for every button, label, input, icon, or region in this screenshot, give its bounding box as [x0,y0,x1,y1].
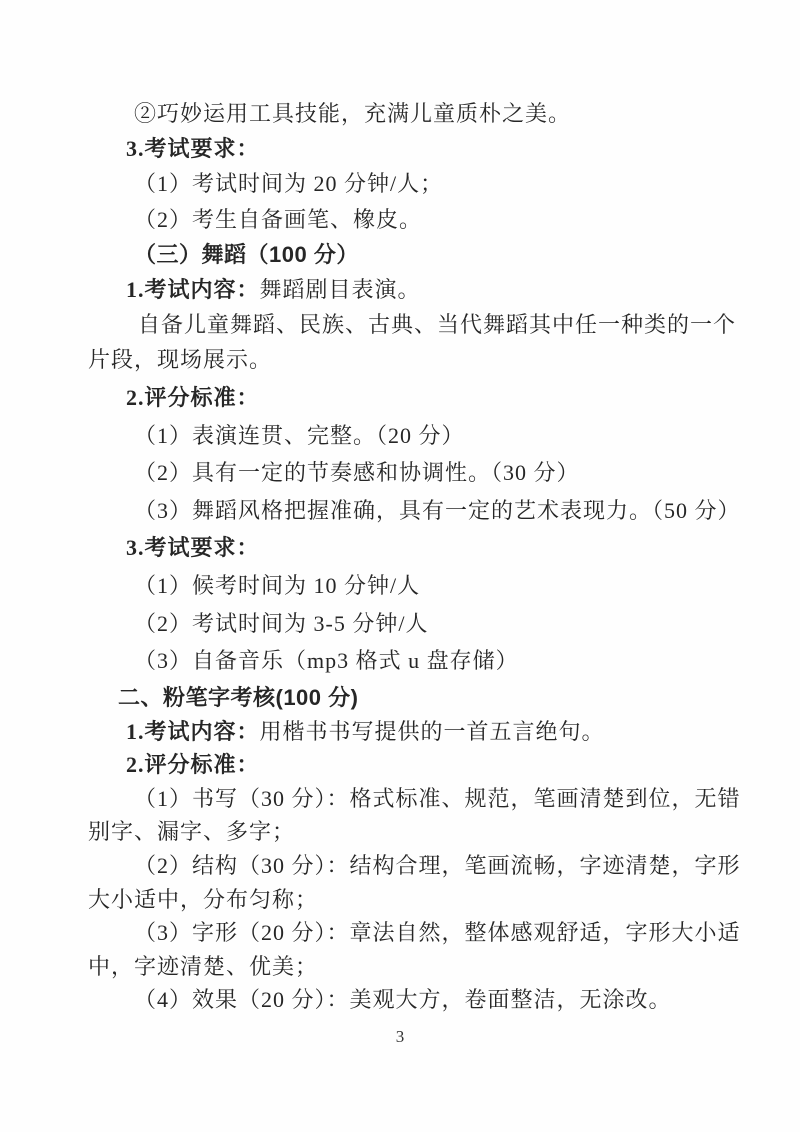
section-heading-exam-requirements: 3.考试要求： [88,529,728,567]
list-item: （2）结构（30 分）：结构合理，笔画流畅，字迹清楚，字形 [88,849,728,883]
section-heading-scoring-criteria: 2.评分标准： [88,748,728,782]
section-heading-exam-requirements: 3.考试要求： [88,131,728,166]
list-item: （2）具有一定的节奏感和协调性。（30 分） [88,454,728,492]
text-block-bottom: 二、粉笔字考核(100 分) 1.考试内容：用楷书书写提供的一首五言绝句。 2.… [88,681,728,1017]
paragraph-line: 片段，现场展示。 [88,342,728,377]
list-item-continuation: 大小适中，分布匀称； [88,883,728,917]
list-item: （3）字形（20 分）：章法自然，整体感观舒适，字形大小适 [88,916,728,950]
list-item: （3）自备音乐（mp3 格式 u 盘存储） [88,642,728,680]
heading-label: 1.考试内容： [126,277,260,302]
list-item: （1）表演连贯、完整。（20 分） [88,417,728,455]
section-heading-dance: （三）舞蹈（100 分） [88,237,728,272]
list-item: （1）候考时间为 10 分钟/人 [88,567,728,605]
section-heading-exam-content: 1.考试内容：舞蹈剧目表演。 [88,272,728,307]
list-item-continuation: 中，字迹清楚、优美； [88,950,728,984]
section-heading-exam-content: 1.考试内容：用楷书书写提供的一首五言绝句。 [88,715,728,749]
list-item: （1）书写（30 分）：格式标准、规范，笔画清楚到位，无错 [88,782,728,816]
text-block-middle: 2.评分标准： （1）表演连贯、完整。（20 分） （2）具有一定的节奏感和协调… [88,379,728,680]
section-heading-scoring-criteria: 2.评分标准： [88,379,728,417]
list-item: （2）考试时间为 3-5 分钟/人 [88,605,728,643]
list-item: （3）舞蹈风格把握准确，具有一定的艺术表现力。（50 分） [88,492,728,530]
section-heading-chalk-writing: 二、粉笔字考核(100 分) [88,681,728,715]
page-number: 3 [0,1026,800,1048]
heading-value: 用楷书书写提供的一首五言绝句。 [260,719,605,744]
list-item: （2）考生自备画笔、橡皮。 [88,202,728,237]
paragraph-line: 自备儿童舞蹈、民族、古典、当代舞蹈其中任一种类的一个 [88,307,728,342]
heading-value: 舞蹈剧目表演。 [260,277,421,302]
list-item: （1）考试时间为 20 分钟/人； [88,166,728,201]
list-item: （4）效果（20 分）：美观大方，卷面整洁，无涂改。 [88,983,728,1017]
heading-label: 1.考试内容： [126,719,260,744]
list-item-continuation: 别字、漏字、多字； [88,815,728,849]
paragraph-line: ②巧妙运用工具技能，充满儿童质朴之美。 [88,96,728,131]
document-page: ②巧妙运用工具技能，充满儿童质朴之美。 3.考试要求： （1）考试时间为 20 … [0,0,800,1132]
text-block-top: ②巧妙运用工具技能，充满儿童质朴之美。 3.考试要求： （1）考试时间为 20 … [88,96,728,378]
